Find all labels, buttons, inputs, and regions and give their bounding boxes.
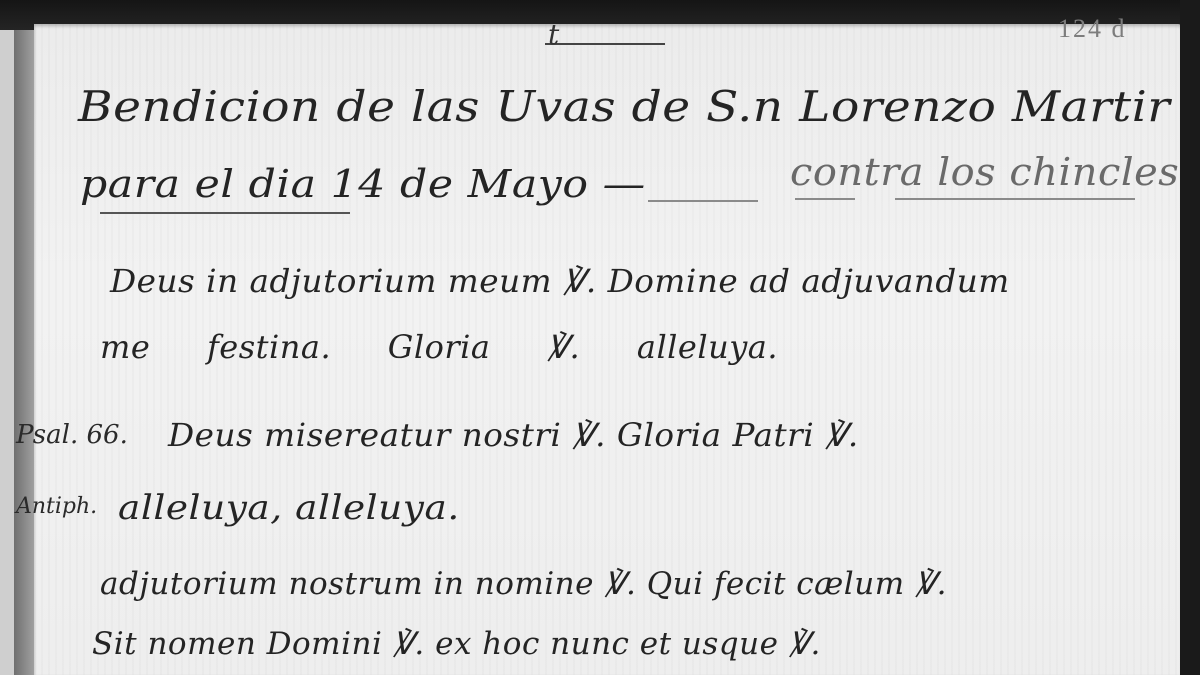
scanner-right-border — [1180, 0, 1200, 675]
margin-note-antiphon: Antiph. — [16, 494, 97, 519]
header-mark-rule — [545, 43, 665, 45]
body-line-6: Sit nomen Domini ℣. ex hoc nunc et usque… — [92, 626, 821, 662]
manuscript-scan: 124 d t Bendicion de las Uvas de S.n Lor… — [0, 0, 1200, 675]
title-line-1: Bendicion de las Uvas de S.n Lorenzo Mar… — [78, 82, 1170, 131]
title-underline-1 — [100, 212, 350, 214]
body-line-2: me festina. Gloria ℣. alleluya. — [100, 328, 778, 366]
body-line-3: Deus misereatur nostri ℣. Gloria Patri ℣… — [168, 416, 859, 454]
previous-leaf-edge — [0, 30, 14, 675]
header-mark: t — [548, 18, 559, 51]
title-annotation: contra los chincles — [790, 150, 1179, 194]
title-underline-3 — [795, 198, 855, 200]
title-line-2: para el dia 14 de Mayo — — [80, 162, 646, 206]
body-line-4: alleluya, alleluya. — [118, 488, 460, 528]
margin-note-psalm: Psal. 66. — [16, 420, 128, 450]
folio-number: 124 d — [1058, 14, 1127, 44]
title-underline-4 — [895, 198, 1135, 200]
binding-gutter-shadow — [14, 30, 36, 675]
body-line-1: Deus in adjutorium meum ℣. Domine ad adj… — [110, 262, 1010, 300]
title-underline-2 — [648, 200, 758, 202]
body-line-5: adjutorium nostrum in nomine ℣. Qui feci… — [100, 566, 947, 602]
